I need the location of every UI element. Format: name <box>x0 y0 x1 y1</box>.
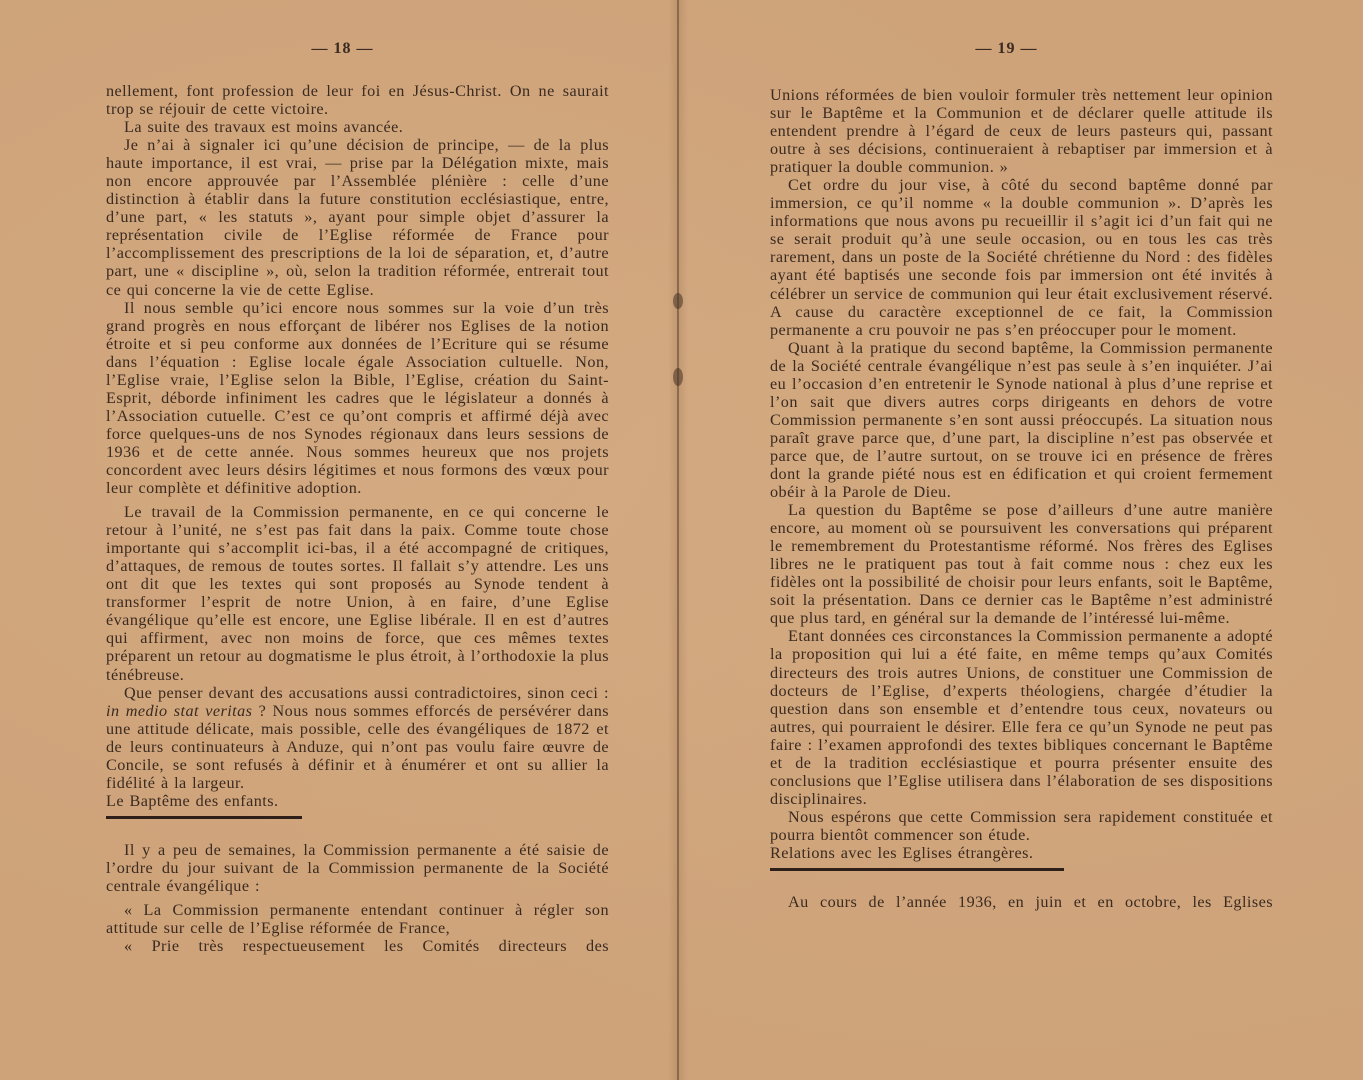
latin-phrase: in medio stat veritas <box>106 702 252 720</box>
paragraph: Je n’ai à signaler ici qu’une décision d… <box>106 136 609 298</box>
quote-line: « La Commission permanente entendant con… <box>106 901 609 937</box>
heading-underline <box>770 868 1064 871</box>
page-number: — 18 — <box>76 40 609 58</box>
page-body: Unions réformées de bien vouloir formule… <box>770 86 1273 911</box>
book-spread: — 18 — nellement, font profession de leu… <box>0 0 1363 1080</box>
right-page: — 19 — Unions réformées de bien vouloir … <box>770 0 1273 1080</box>
paragraph: Que penser devant des accusations aussi … <box>106 684 609 792</box>
paragraph: Il nous semble qu’ici encore nous sommes… <box>106 299 609 498</box>
binding-stain <box>673 368 683 386</box>
left-page: — 18 — nellement, font profession de leu… <box>106 0 609 1080</box>
section-heading: Relations avec les Eglises étrangères. <box>770 844 1273 862</box>
heading-underline <box>106 816 302 819</box>
paragraph: La question du Baptême se pose d’ailleur… <box>770 501 1273 627</box>
page-body: nellement, font profession de leur foi e… <box>106 82 609 955</box>
page-number: — 19 — <box>740 40 1273 58</box>
paragraph: Il y a peu de semaines, la Commission pe… <box>106 841 609 895</box>
quote-continuation: Unions réformées de bien vouloir formule… <box>770 86 1273 176</box>
text: Que penser devant des accusations aussi … <box>124 684 609 702</box>
paragraph: La suite des travaux est moins avancée. <box>106 118 609 136</box>
binding-stain <box>673 293 683 309</box>
section-heading: Le Baptême des enfants. <box>106 792 609 810</box>
paragraph: Cet ordre du jour vise, à côté du second… <box>770 176 1273 338</box>
book-spine <box>677 0 679 1080</box>
paragraph: Le travail de la Commission permanente, … <box>106 503 609 683</box>
paragraph: Quant à la pratique du second baptême, l… <box>770 339 1273 501</box>
paragraph: Nous espérons que cette Commission sera … <box>770 808 1273 844</box>
paragraph: nellement, font profession de leur foi e… <box>106 82 609 118</box>
quote-line: « Prie très respectueusement les Comités… <box>106 937 609 955</box>
paragraph: Au cours de l’année 1936, en juin et en … <box>770 893 1273 911</box>
paragraph: Etant données ces circonstances la Commi… <box>770 627 1273 807</box>
